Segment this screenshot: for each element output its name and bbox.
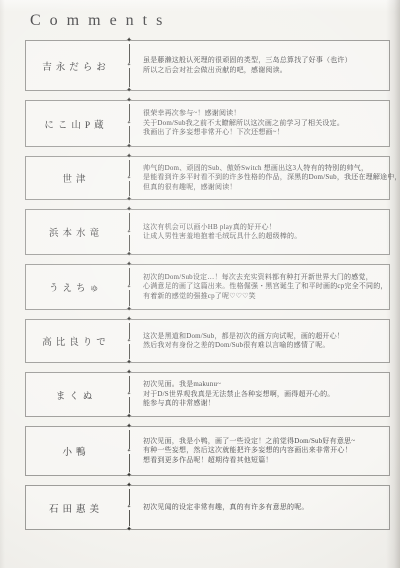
comment-card: にこ山P蔵 ✦ ✦ ✦ 很荣幸再次参与~！感谢阅读！ 关于Dom/Sub我之前不… [25, 100, 390, 147]
divider-ornament-icon: ✦ [127, 121, 131, 126]
commenter-name: まくぬ [26, 388, 122, 402]
divider-ornament-icon: ✦ [127, 392, 131, 397]
comment-card: 小鴨 ✦ ✦ ✦ 初次见面，我是小鸭，画了一些设定！之前觉得Dom/Sub好有意… [25, 426, 390, 476]
comment-text-line: 对于D/S世界观我真是无法禁止各种妄想啊，画得超开心的。 [143, 390, 383, 400]
divider-line [129, 104, 130, 121]
comment-text: 很荣幸再次参与~！感谢阅读！ 关于Dom/Sub我之前不太瞭解所以这次画之前学习… [136, 105, 389, 142]
commenter-name: にこ山P蔵 [26, 117, 122, 131]
divider-ornament-icon: ✦ [127, 176, 131, 181]
comment-text-line: 然后我对有身份之差的Dom/Sub很有难以言喻的感情了呢。 [143, 341, 383, 351]
divider: ✦ ✦ ✦ [122, 316, 136, 366]
divider: ✦ ✦ ✦ [122, 97, 136, 150]
divider-ornament-icon: ✦ [126, 482, 132, 489]
commenter-name: 吉永だらお [26, 59, 122, 73]
comment-text: 初次的Dom/Sub设定…！每次去充实资料都有种打开新世界大门的感觉， 心满意足… [136, 269, 394, 306]
divider-line [129, 181, 130, 197]
comment-card: まくぬ ✦ ✦ ✦ 初次见面。我是makunu~ 对于D/S世界观我真是无法禁止… [25, 372, 390, 417]
commenter-name: うえちゅ [26, 280, 122, 294]
divider: ✦ ✦ ✦ [122, 369, 136, 420]
comment-text-line: 初次见闻的设定非常有趣，真的有许多有意思的呢。 [143, 503, 383, 513]
divider-ornament-icon: ✦ [126, 143, 132, 150]
divider-ornament-icon: ✦ [126, 261, 132, 268]
divider-ornament-icon: ✦ [126, 37, 132, 44]
comment-text: 这次是黑道和Dom/Sub，都是初次的画方向试呢，画的超开心！ 然后我对有身份之… [136, 328, 389, 355]
commenter-name: 石田惠美 [26, 501, 122, 515]
divider-ornament-icon: ✦ [127, 339, 131, 344]
comments-page: Comments 吉永だらお ✦ ✦ ✦ 虽是藤濑这般认死理的很顽固的类型，三岛… [0, 0, 400, 568]
commenter-name: 世津 [26, 171, 122, 185]
divider-ornament-icon: ✦ [126, 423, 132, 430]
commenter-name: 小鴨 [26, 444, 122, 458]
divider: ✦ ✦ ✦ [122, 206, 136, 258]
divider-ornament-icon: ✦ [126, 251, 132, 258]
comment-text: 初次见闻的设定非常有趣，真的有许多有意思的呢。 [136, 499, 389, 517]
comment-text-line: 但真的很有趣呢，感谢阅读！ [143, 183, 400, 193]
comment-text-line: 初次见面。我是makunu~ [143, 380, 383, 390]
divider-line [129, 68, 130, 87]
comment-text: 初次见面，我是小鸭，画了一些设定！之前觉得Dom/Sub好有意思~ 有种一些妄想… [136, 433, 389, 470]
divider-ornament-icon: ✦ [126, 206, 132, 213]
comment-text: 这次有机会可以画小HB play真的好开心！ 让成人男性害羞地抱着毛绒玩具什么的… [136, 219, 389, 246]
comment-text-line: 虽是藤濑这般认死理的很顽固的类型，三岛总算找了好事（也许） [143, 56, 383, 66]
comment-card: 高比良りで ✦ ✦ ✦ 这次是黑道和Dom/Sub，都是初次的画方向试呢，画的超… [25, 319, 390, 363]
comment-card: 世津 ✦ ✦ ✦ 帅气的Dom、顽固的Sub、傲娇Switch 想画出这3人特有… [25, 156, 390, 200]
divider-ornament-icon: ✦ [126, 87, 132, 94]
divider-ornament-icon: ✦ [126, 316, 132, 323]
divider: ✦ ✦ ✦ [122, 482, 136, 533]
comment-card: 浜本水竜 ✦ ✦ ✦ 这次有机会可以画小HB play真的好开心！ 让成人男性害… [25, 209, 390, 255]
divider-line [129, 235, 130, 252]
divider-ornament-icon: ✦ [127, 230, 131, 235]
comment-text-line: 是能看到许多平时看不到的许多性格的作品，深黑的Dom/Sub，我还在理解途中， [143, 173, 400, 183]
divider-line [129, 268, 130, 285]
divider-line [129, 290, 130, 307]
divider-line [129, 44, 130, 63]
divider-ornament-icon: ✦ [126, 359, 132, 366]
divider: ✦ ✦ ✦ [122, 261, 136, 313]
divider-line [129, 344, 130, 360]
comment-text-line: 心满意足的画了这篇出来。性格倔强・黑宫诞生了和平时画的cp完全不同的， [143, 282, 388, 292]
divider-ornament-icon: ✦ [127, 505, 131, 510]
comment-text-line: 这次是黑道和Dom/Sub，都是初次的画方向试呢，画的超开心！ [143, 332, 383, 342]
divider: ✦ ✦ ✦ [122, 423, 136, 479]
comment-text-line: 帅气的Dom、顽固的Sub、傲娇Switch 想画出这3人特有的特别的帅气， [143, 164, 400, 174]
comment-text-line: 很荣幸再次参与~！感谢阅读！ [143, 109, 383, 119]
divider-ornament-icon: ✦ [126, 306, 132, 313]
comment-text-line: 让成人男性害羞地抱着毛绒玩具什么的超级棒的。 [143, 232, 383, 242]
divider-line [129, 430, 130, 449]
divider-line [129, 397, 130, 413]
divider-line [129, 213, 130, 230]
comment-text-line: 有着新的感觉的强推cp了呢♡♡♡笑 [143, 292, 388, 302]
divider-ornament-icon: ✦ [126, 196, 132, 203]
comments-list: 吉永だらお ✦ ✦ ✦ 虽是藤濑这般认死理的很顽固的类型，三岛总算找了好事（也许… [25, 40, 390, 530]
comment-text: 虽是藤濑这般认死理的很顽固的类型，三岛总算找了好事（也许） 所以之后会对社会做出… [136, 52, 389, 79]
divider-line [129, 376, 130, 392]
divider: ✦ ✦ ✦ [122, 153, 136, 203]
divider-line [129, 160, 130, 176]
divider-ornament-icon: ✦ [126, 472, 132, 479]
divider-line [129, 510, 130, 526]
comment-text: 初次见面。我是makunu~ 对于D/S世界观我真是无法禁止各种妄想啊，画得超开… [136, 376, 389, 413]
divider-ornament-icon: ✦ [126, 97, 132, 104]
divider-ornament-icon: ✦ [127, 285, 131, 290]
page-title: Comments [30, 12, 171, 30]
comment-text-line: 初次的Dom/Sub设定…！每次去充实资料都有种打开新世界大门的感觉， [143, 273, 388, 283]
commenter-name: 浜本水竜 [26, 225, 122, 239]
divider-ornament-icon: ✦ [126, 153, 132, 160]
comment-text-line: 能参与真的非常感谢！ [143, 399, 383, 409]
divider-line [129, 126, 130, 143]
comment-card: うえちゅ ✦ ✦ ✦ 初次的Dom/Sub设定…！每次去充实资料都有种打开新世界… [25, 264, 390, 310]
comment-text-line: 我画出了许多妄想非常开心！下次还想画~！ [143, 128, 383, 138]
divider-ornament-icon: ✦ [127, 63, 131, 68]
comment-text: 帅气的Dom、顽固的Sub、傲娇Switch 想画出这3人特有的特别的帅气， 是… [136, 160, 400, 197]
comment-card: 吉永だらお ✦ ✦ ✦ 虽是藤濑这般认死理的很顽固的类型，三岛总算找了好事（也许… [25, 40, 390, 91]
divider-ornament-icon: ✦ [126, 413, 132, 420]
comment-text-line: 这次有机会可以画小HB play真的好开心！ [143, 223, 383, 233]
divider-line [129, 489, 130, 505]
comment-text-line: 想看到更多作品呢！超期待看其他短篇！ [143, 456, 383, 466]
divider-ornament-icon: ✦ [126, 526, 132, 533]
comment-text-line: 初次见面，我是小鸭，画了一些设定！之前觉得Dom/Sub好有意思~ [143, 437, 383, 447]
divider-ornament-icon: ✦ [126, 369, 132, 376]
comment-card: 石田惠美 ✦ ✦ ✦ 初次见闻的设定非常有趣，真的有许多有意思的呢。 [25, 485, 390, 530]
commenter-name: 高比良りで [26, 334, 122, 348]
comment-text-line: 有种一些妄想，然后这次就能把许多妄想的内容画出来非常开心！ [143, 446, 383, 456]
divider-ornament-icon: ✦ [127, 449, 131, 454]
comment-text-line: 所以之后会对社会做出贡献的吧，感谢阅读。 [143, 66, 383, 76]
divider-line [129, 454, 130, 473]
divider-line [129, 323, 130, 339]
divider: ✦ ✦ ✦ [122, 37, 136, 94]
comment-text-line: 关于Dom/Sub我之前不太瞭解所以这次画之前学习了相关设定。 [143, 119, 383, 129]
